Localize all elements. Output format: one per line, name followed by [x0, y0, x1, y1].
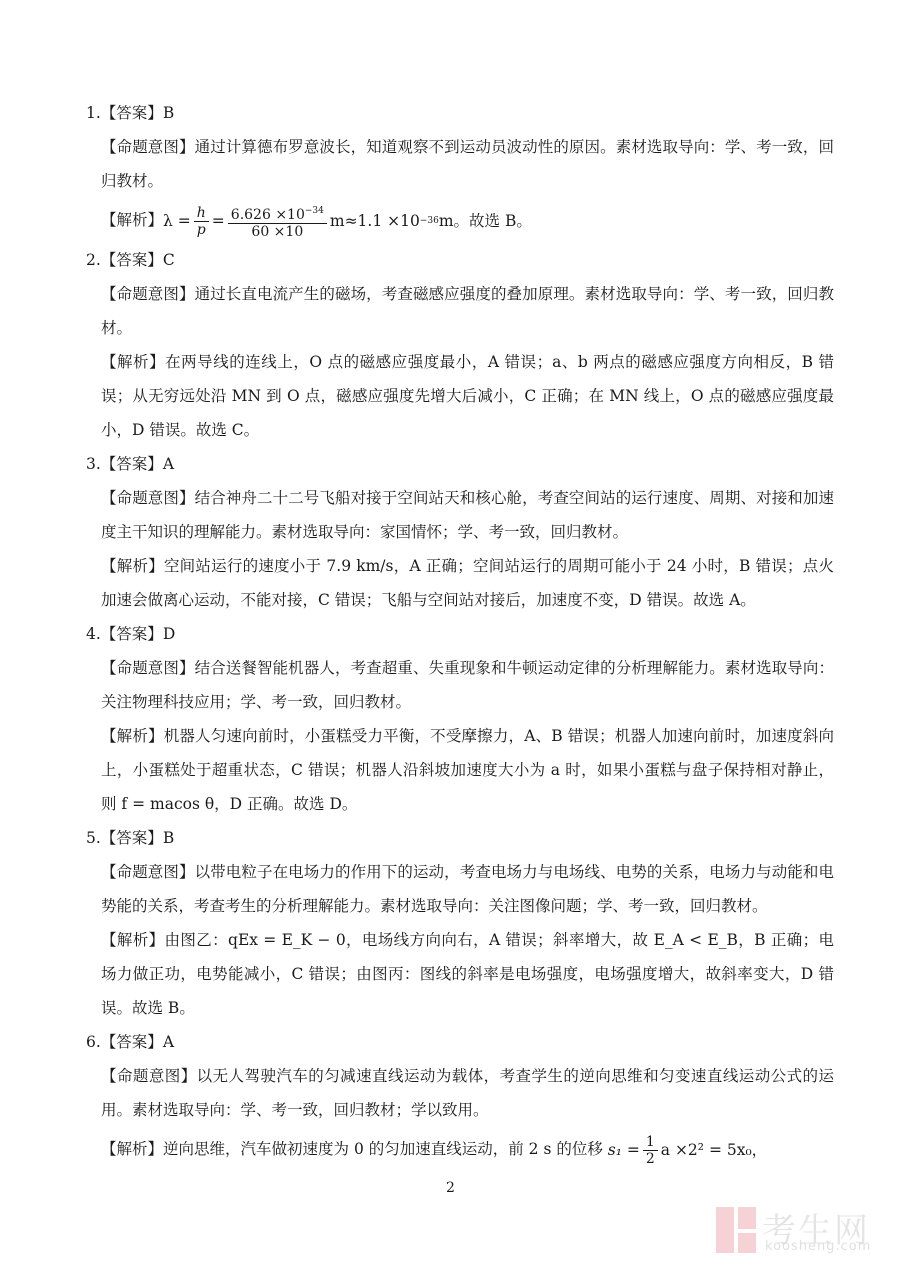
analysis-label: 【解析】 [101, 727, 164, 745]
answer-line: 2.【答案】C [86, 243, 834, 277]
answer-label: 【答案】 [101, 829, 163, 847]
analysis-text: 空间站运行的速度小于 7.9 km/s，A 正确；空间站运行的周期可能小于 24… [101, 557, 834, 609]
analysis-paragraph: 【解析】在两导线的连线上，O 点的磁感应强度最小，A 错误；a、b 两点的磁感应… [101, 345, 834, 447]
intent-paragraph: 【命题意图】通过计算德布罗意波长，知道观察不到运动员波动性的原因。素材选取导向：… [101, 130, 834, 198]
answer-line: 4.【答案】D [86, 617, 834, 651]
document-page: 1.【答案】B 【命题意图】通过计算德布罗意波长，知道观察不到运动员波动性的原因… [0, 0, 900, 1273]
analysis-label: 【解析】 [101, 1140, 163, 1158]
intent-label: 【命题意图】 [101, 138, 195, 156]
intent-text: 结合送餐智能机器人，考查超重、失重现象和牛顿运动定律的分析理解能力。素材选取导向… [101, 659, 834, 711]
analysis-text: 机器人匀速向前时，小蛋糕受力平衡，不受摩擦力，A、B 错误；机器人加速向前时，加… [101, 727, 834, 813]
question-2: 2.【答案】C 【命题意图】通过长直电流产生的磁场，考查磁感应强度的叠加原理。素… [86, 243, 834, 447]
answer-value: B [163, 104, 174, 122]
intent-paragraph: 【命题意图】以无人驾驶汽车的匀减速直线运动为载体，考查学生的逆向思维和匀变速直线… [101, 1059, 834, 1127]
answer-line: 1.【答案】B [86, 96, 834, 130]
question-5: 5.【答案】B 【命题意图】以带电粒子在电场力的作用下的运动，考查电场力与电场线… [86, 821, 834, 1025]
watermark: 考生网 koosheng.com [716, 1207, 896, 1255]
analysis-paragraph: 【解析】逆向思维，汽车做初速度为 0 的匀加速直线运动，前 2 s 的位移 s₁… [101, 1127, 834, 1172]
watermark-url: koosheng.com [765, 1239, 871, 1254]
question-number: 2. [86, 251, 101, 269]
answer-key-content: 1.【答案】B 【命题意图】通过计算德布罗意波长，知道观察不到运动员波动性的原因… [86, 96, 834, 1172]
question-1: 1.【答案】B 【命题意图】通过计算德布罗意波长，知道观察不到运动员波动性的原因… [86, 96, 834, 243]
answer-line: 6.【答案】A [86, 1025, 834, 1059]
analysis-text: 在两导线的连线上，O 点的磁感应强度最小，A 错误；a、b 两点的磁感应强度方向… [101, 353, 834, 439]
analysis-label: 【解析】 [101, 211, 163, 229]
intent-paragraph: 【命题意图】结合神舟二十二号飞船对接于空间站天和核心舱，考查空间站的运行速度、周… [101, 481, 834, 549]
formula-rhs: a ×2² = 5x₀， [661, 1128, 767, 1172]
answer-value: A [163, 1033, 174, 1051]
analysis-label: 【解析】 [101, 557, 164, 575]
question-number: 4. [86, 625, 101, 643]
analysis-label: 【解析】 [101, 353, 165, 371]
analysis-paragraph: 【解析】空间站运行的速度小于 7.9 km/s，A 正确；空间站运行的周期可能小… [101, 549, 834, 617]
answer-label: 【答案】 [101, 104, 163, 122]
answer-line: 5.【答案】B [86, 821, 834, 855]
intent-paragraph: 【命题意图】通过长直电流产生的磁场，考查磁感应强度的叠加原理。素材选取导向：学、… [101, 277, 834, 345]
analysis-text: 逆向思维，汽车做初速度为 0 的匀加速直线运动，前 2 s 的位移 [163, 1140, 608, 1158]
answer-label: 【答案】 [101, 251, 163, 269]
intent-text: 以带电粒子在电场力的作用下的运动，考查电场力与电场线、电势的关系，电场力与动能和… [101, 863, 834, 915]
intent-text: 结合神舟二十二号飞船对接于空间站天和核心舱，考查空间站的运行速度、周期、对接和加… [101, 489, 834, 541]
formula-lhs: s₁ = [608, 1128, 640, 1172]
analysis-paragraph: 【解析】 λ = hp = 6.626 ×10−3460 ×10 m≈1.1 ×… [101, 198, 834, 243]
fraction-numerator: 6.626 ×10 [231, 207, 305, 223]
intent-text: 通过长直电流产生的磁场，考查磁感应强度的叠加原理。素材选取导向：学、考一致，回归… [101, 285, 834, 337]
analysis-paragraph: 【解析】由图乙：qEx = E_K − 0，电场线方向向右，A 错误；斜率增大，… [101, 923, 834, 1025]
fraction-numerator: h [197, 205, 206, 221]
fraction-h-over-p: hp [194, 205, 209, 238]
fraction-one-half: 12 [643, 1134, 658, 1167]
displacement-formula: s₁ = 12 a ×2² = 5x₀， [608, 1128, 767, 1172]
question-4: 4.【答案】D 【命题意图】结合送餐智能机器人，考查超重、失重现象和牛顿运动定律… [86, 617, 834, 821]
intent-label: 【命题意图】 [101, 659, 195, 677]
question-3: 3.【答案】A 【命题意图】结合神舟二十二号飞船对接于空间站天和核心舱，考查空间… [86, 447, 834, 617]
wavelength-formula: λ = hp = 6.626 ×10−3460 ×10 m≈1.1 ×10−36… [163, 199, 532, 243]
answer-label: 【答案】 [101, 625, 163, 643]
exponent: −34 [305, 206, 324, 216]
intent-text: 以无人驾驶汽车的匀减速直线运动为载体，考查学生的逆向思维和匀变速直线运动公式的运… [101, 1067, 834, 1119]
fraction-denominator: 60 ×10 [248, 224, 306, 240]
page-number: 2 [446, 1180, 455, 1196]
answer-value: A [163, 455, 174, 473]
fraction-numerator: 1 [643, 1134, 658, 1151]
answer-value: B [163, 829, 174, 847]
question-number: 3. [86, 455, 101, 473]
question-number: 6. [86, 1033, 101, 1051]
intent-label: 【命题意图】 [101, 285, 195, 303]
intent-text: 通过计算德布罗意波长，知道观察不到运动员波动性的原因。素材选取导向：学、考一致，… [101, 138, 834, 190]
fraction-denominator: 2 [643, 1151, 658, 1167]
intent-paragraph: 【命题意图】结合送餐智能机器人，考查超重、失重现象和牛顿运动定律的分析理解能力。… [101, 651, 834, 719]
question-number: 5. [86, 829, 101, 847]
intent-label: 【命题意图】 [101, 1067, 197, 1085]
analysis-text: 由图乙：qEx = E_K − 0，电场线方向向右，A 错误；斜率增大，故 E_… [101, 931, 834, 1017]
watermark-logo-icon [716, 1207, 756, 1253]
analysis-paragraph: 【解析】机器人匀速向前时，小蛋糕受力平衡，不受摩擦力，A、B 错误；机器人加速向… [101, 719, 834, 821]
intent-label: 【命题意图】 [101, 863, 195, 881]
exponent: −36 [420, 199, 439, 243]
answer-value: D [163, 625, 175, 643]
answer-line: 3.【答案】A [86, 447, 834, 481]
analysis-label: 【解析】 [101, 931, 165, 949]
formula-result: m≈1.1 ×10 [330, 199, 420, 243]
question-6: 6.【答案】A 【命题意图】以无人驾驶汽车的匀减速直线运动为载体，考查学生的逆向… [86, 1025, 834, 1172]
intent-label: 【命题意图】 [101, 489, 195, 507]
answer-value: C [163, 251, 175, 269]
formula-conclusion: m。故选 B。 [439, 199, 532, 243]
formula-lhs: λ = [163, 199, 191, 243]
answer-label: 【答案】 [101, 1033, 163, 1051]
intent-paragraph: 【命题意图】以带电粒子在电场力的作用下的运动，考查电场力与电场线、电势的关系，电… [101, 855, 834, 923]
fraction-numeric: 6.626 ×10−3460 ×10 [228, 203, 327, 240]
equals-sign: = [212, 199, 225, 243]
question-number: 1. [86, 104, 101, 122]
fraction-denominator: p [197, 222, 206, 238]
answer-label: 【答案】 [101, 455, 163, 473]
